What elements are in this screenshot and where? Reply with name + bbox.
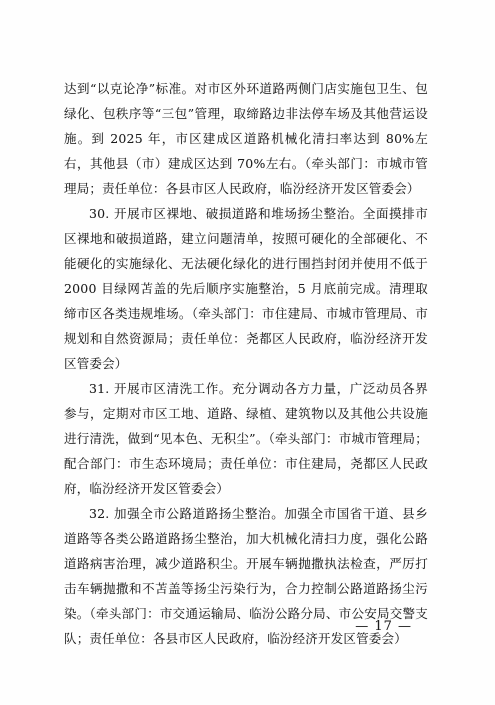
document-body: 达到“以克论净”标准。对市区外环道路两侧门店实施包卫生、包绿化、包秩序等“三包”… (64, 76, 428, 651)
paragraph-item-30: 30. 开展市区裸地、破损道路和堆场扬尘整治。全面摸排市区裸地和破损道路，建立问… (64, 201, 428, 376)
paragraph-continuation: 达到“以克论净”标准。对市区外环道路两侧门店实施包卫生、包绿化、包秩序等“三包”… (64, 76, 428, 201)
paragraph-item-31: 31. 开展市区清洗工作。充分调动各方力量，广泛动员各界参与，定期对市区工地、道… (64, 376, 428, 501)
page-number: — 17 — (355, 618, 412, 636)
document-page: 达到“以克论净”标准。对市区外环道路两侧门店实施包卫生、包绿化、包秩序等“三包”… (0, 0, 495, 705)
